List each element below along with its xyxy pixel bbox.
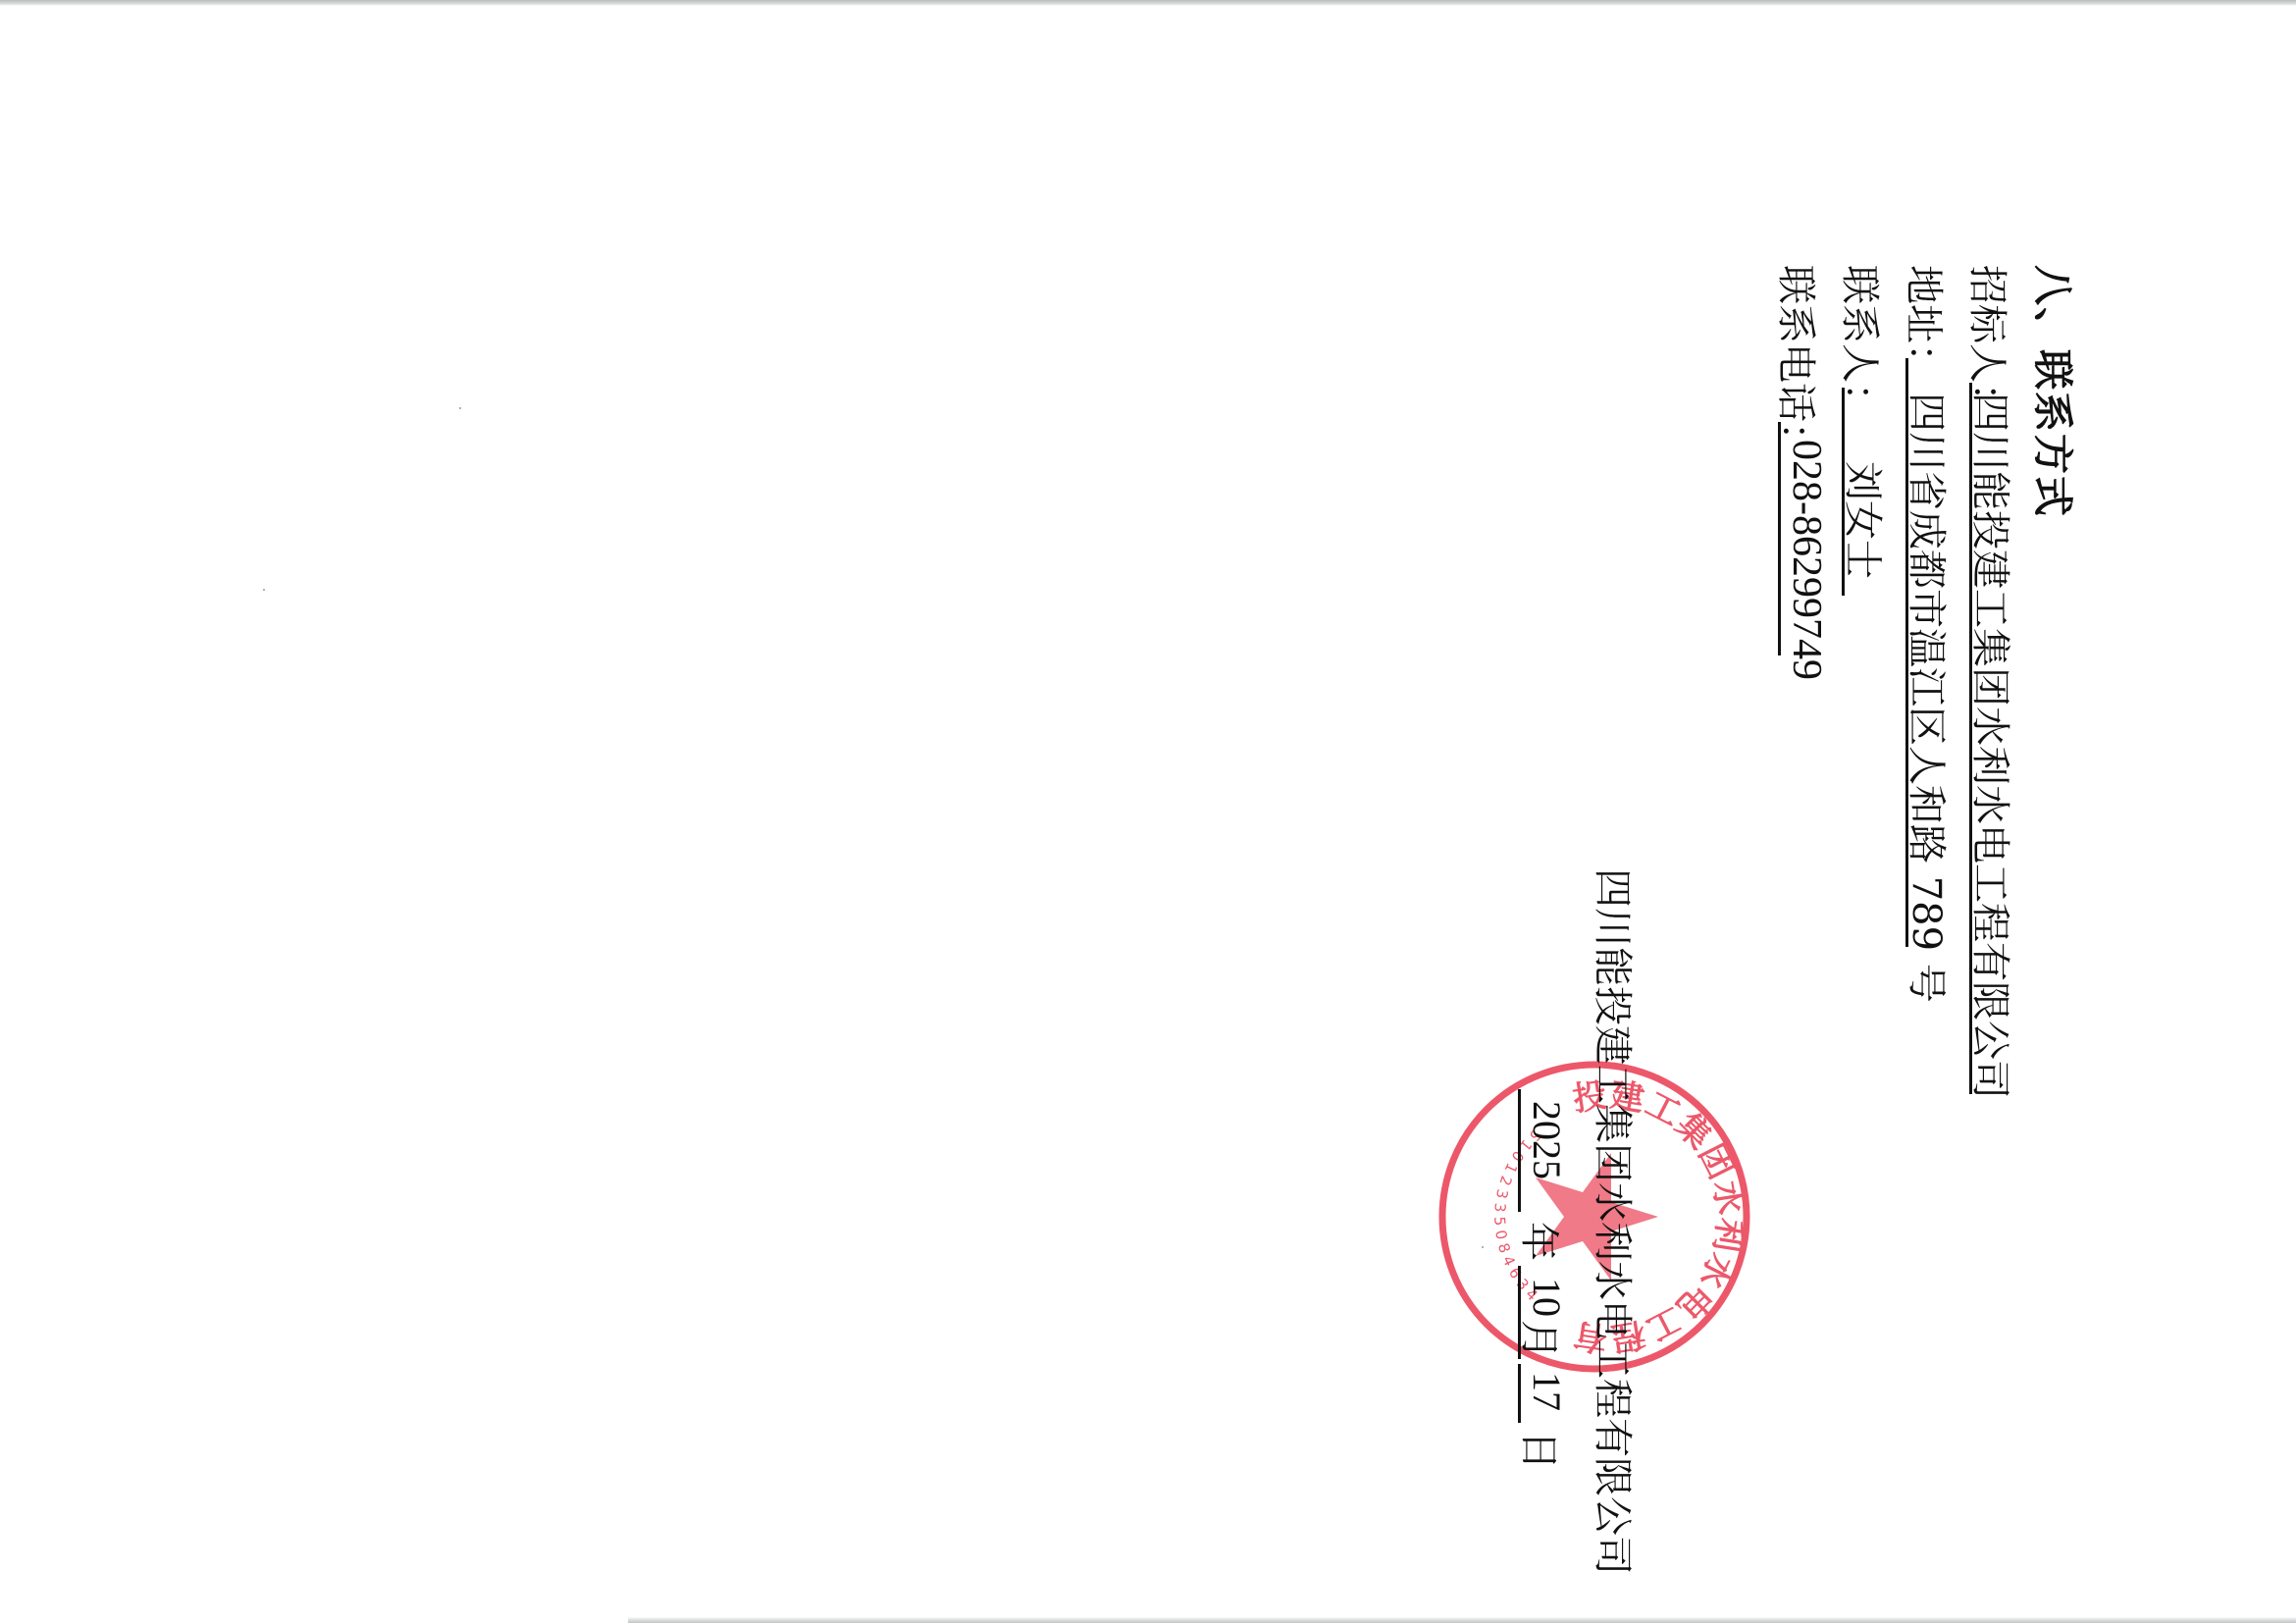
- date-day: 17: [1524, 1372, 1570, 1411]
- date-day-underline: 17: [1518, 1364, 1570, 1423]
- date-year-underline: 2025: [1518, 1089, 1570, 1212]
- date-month: 10: [1524, 1278, 1570, 1317]
- date-year-unit: 年: [1514, 1222, 1570, 1261]
- field-value: 四川能投建工集团水利水电工程有限公司: [1965, 393, 2021, 1099]
- date-month-unit: 月: [1514, 1320, 1570, 1359]
- field-value-underline: 四川省成都市温江区人和路 789 号: [1905, 358, 1957, 947]
- signature-company: 四川能投建工集团水利水电工程有限公司: [1588, 868, 1644, 1575]
- field-value-underline: 028-86299749: [1778, 422, 1830, 655]
- date-day-unit: 日: [1514, 1431, 1570, 1470]
- field-value: 028-86299749: [1783, 440, 1830, 680]
- field-value-underline: 刘女士: [1842, 388, 1894, 596]
- date-year: 2025: [1524, 1101, 1570, 1179]
- field-value: 四川省成都市温江区人和路 789 号: [1902, 393, 1957, 1003]
- field-value-underline: 四川能投建工集团水利水电工程有限公司: [1969, 383, 2021, 1094]
- field-value: 刘女士: [1838, 461, 1894, 579]
- document-page: 八、联系方式 招标人： 四川能投建工集团水利水电工程有限公司 地址： 四川省成都…: [0, 0, 2296, 1623]
- section-heading: 八、联系方式: [2027, 265, 2085, 518]
